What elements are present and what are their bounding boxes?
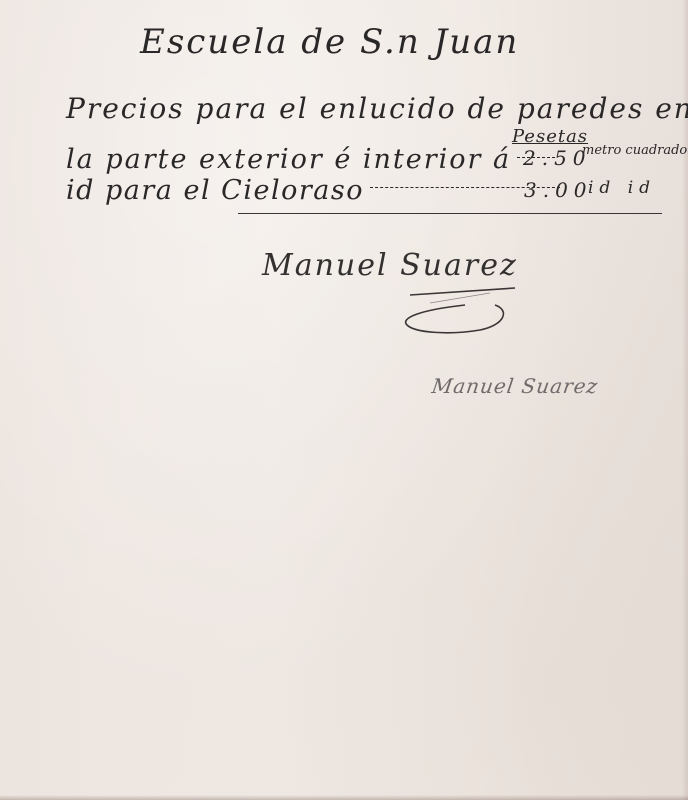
underline-rule: [238, 213, 662, 214]
text-line-1: Precios para el enlucido de paredes en: [66, 92, 688, 125]
text-line-2: la parte exterior é interior á: [66, 144, 561, 175]
amount-line-3: 3.00: [524, 178, 593, 202]
document-title: Escuela de S.n Juan: [140, 22, 519, 62]
paper-edge-bottom: [0, 795, 688, 800]
unit-line-3: id id: [588, 178, 656, 198]
unit-line-2: metro cuadrado: [582, 143, 687, 158]
signature-flourish-icon: [395, 285, 525, 345]
text-line-3: id para el Cieloraso: [66, 175, 564, 206]
signature-ink: Manuel Suarez: [262, 248, 518, 283]
text-line-3-label: id para el Cieloraso: [66, 175, 364, 206]
signature-pencil: Manuel Suarez: [430, 374, 600, 398]
text-line-2-label: la parte exterior é interior á: [66, 144, 511, 175]
